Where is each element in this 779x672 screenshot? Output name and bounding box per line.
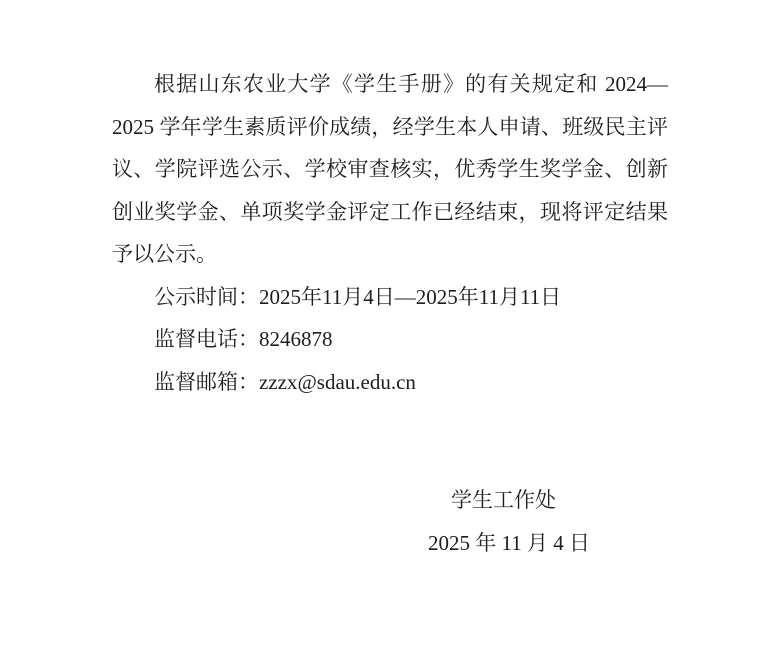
supervision-email-value: zzzx@sdau.edu.cn xyxy=(259,370,416,394)
supervision-phone-line: 监督电话：8246878 xyxy=(112,318,668,361)
signature-date: 2025 年 11 月 4 日 xyxy=(112,522,668,565)
publicity-period-line: 公示时间：2025年11月4日—2025年11月11日 xyxy=(112,276,668,319)
announcement-body: 根据山东农业大学《学生手册》的有关规定和 2024—2025 学年学生素质评价成… xyxy=(112,63,668,564)
publicity-period-label: 公示时间： xyxy=(154,285,259,309)
announcement-paragraph: 根据山东农业大学《学生手册》的有关规定和 2024—2025 学年学生素质评价成… xyxy=(112,63,668,276)
signature-block: 学生工作处 2025 年 11 月 4 日 xyxy=(112,479,668,564)
supervision-email-label: 监督邮箱： xyxy=(154,370,259,394)
publicity-period-value: 2025年11月4日—2025年11月11日 xyxy=(259,285,561,309)
supervision-phone-label: 监督电话： xyxy=(154,327,259,351)
supervision-phone-value: 8246878 xyxy=(259,327,333,351)
signature-org: 学生工作处 xyxy=(112,479,668,522)
document-page: 根据山东农业大学《学生手册》的有关规定和 2024—2025 学年学生素质评价成… xyxy=(0,0,779,672)
supervision-email-line: 监督邮箱：zzzx@sdau.edu.cn xyxy=(112,361,668,404)
